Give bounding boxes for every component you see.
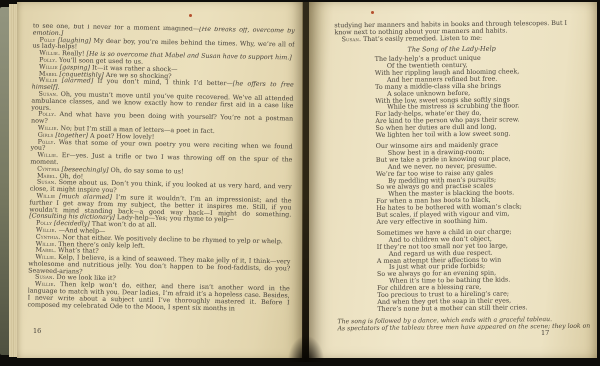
poem-line: Are very effective in soothing him.	[376, 218, 584, 227]
left-page-text: to see one, but I never for a moment ima…	[27, 24, 295, 329]
dialogue-paragraph: Willie. Then kelp won’t do, either, and …	[27, 282, 289, 314]
poem-title: The Song of the Lady-Help	[335, 45, 569, 54]
book-gutter	[302, 2, 309, 358]
right-page-text: studying her manners and habits in books…	[334, 21, 585, 332]
left-page: to see one, but I never for a moment ima…	[17, 2, 303, 358]
book-photo: to see one, but I never for a moment ima…	[0, 0, 600, 366]
poem-line: There’s none but a mother can still thei…	[377, 305, 585, 314]
dialogue-text: Oh, do say some to us!	[108, 167, 183, 175]
poem-stanzas: The lady-help’s a product uniqueOf the t…	[375, 55, 586, 314]
poem-stanza: Our winsome airs and maidenly graceShow …	[376, 142, 585, 227]
speaker-name: Susan	[342, 36, 360, 43]
poem-stanza: Sometimes we have a child in our charge;…	[377, 229, 586, 314]
poem-line: We lighten her toil with a low sweet son…	[376, 131, 584, 140]
dialogue-text: If you don’t mind, I think I’d better—	[93, 78, 233, 88]
dialogue-text: studying her manners and habits in books…	[334, 20, 567, 36]
page-number-right: 17	[541, 329, 549, 337]
stage-direction-inline: [alarmed]	[57, 77, 93, 85]
right-page-intro: studying her manners and habits in books…	[334, 21, 582, 44]
printer-mark	[189, 14, 192, 17]
dialogue-text: . Kelp, I believe, is a kind of seaweed.…	[28, 254, 290, 275]
dialogue-text: . Oh, you mustn’t move until you’ve quit…	[31, 91, 293, 112]
spine-shadow	[288, 336, 324, 362]
right-page: studying her manners and habits in books…	[309, 2, 597, 358]
page-number-left: 16	[33, 327, 41, 335]
printer-mark	[371, 11, 374, 14]
dialogue-text: . Then kelp won’t do, either, and there …	[27, 281, 289, 312]
poem-stanza: The lady-help’s a product uniqueOf the t…	[375, 55, 584, 140]
dialogue-paragraph: Susan. That’s easily remedied. Listen to…	[335, 35, 583, 45]
dialogue-text: . That’s easily remedied. Listen to me:	[359, 35, 482, 43]
